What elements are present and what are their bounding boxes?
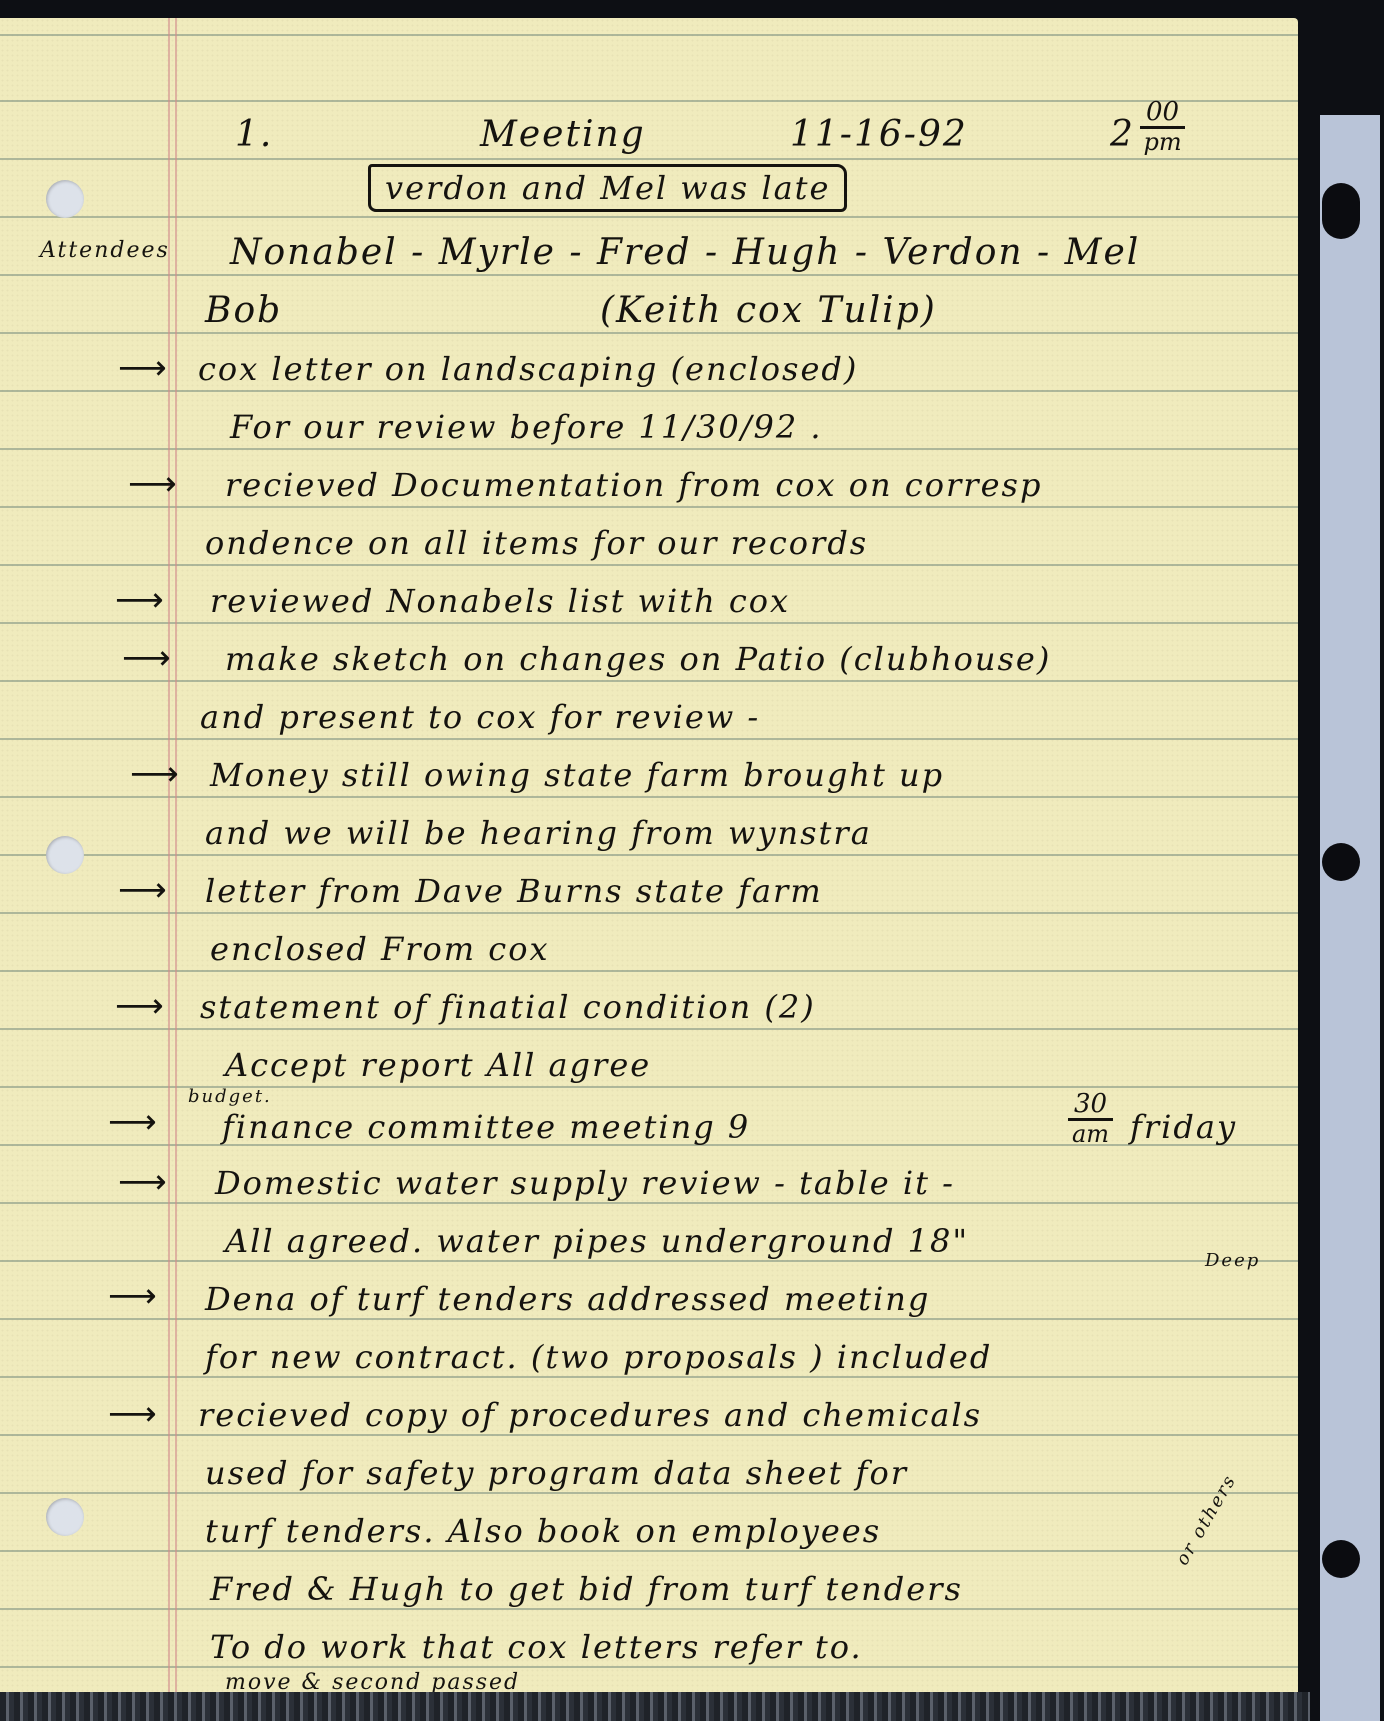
- rule-line: [0, 622, 1298, 624]
- rule-line: [0, 854, 1298, 856]
- meeting-date: 11-16-92: [790, 114, 968, 155]
- rule-line: [0, 564, 1298, 566]
- item-6-line-2: enclosed From cox: [210, 930, 550, 968]
- document-title: Meeting: [480, 114, 646, 155]
- rule-line: [0, 332, 1298, 334]
- rule-line: [0, 1492, 1298, 1494]
- rule-line: [0, 274, 1298, 276]
- rule-line: [0, 1666, 1298, 1668]
- item-2-line-2: ondence on all items for our records: [205, 524, 868, 562]
- rule-line: [0, 1376, 1298, 1378]
- bullet-arrow-icon: ⟶: [118, 870, 167, 910]
- binder-hole-middle: [46, 836, 84, 874]
- rule-line: [0, 1260, 1298, 1262]
- item-10-line-2: for new contract. (two proposals ) inclu…: [205, 1338, 992, 1376]
- margin-line: [168, 18, 170, 1692]
- rule-line: [0, 912, 1298, 914]
- rule-line: [0, 738, 1298, 740]
- item-10-line-1: Dena of turf tenders addressed meeting: [205, 1280, 930, 1318]
- item-11-line-1: recieved copy of procedures and chemical…: [198, 1396, 982, 1434]
- protector-hole-middle: [1322, 843, 1360, 881]
- item-9-insert: Deep: [1205, 1250, 1260, 1271]
- item-11-line-3: turf tenders. Also book on employees: [205, 1512, 881, 1550]
- item-4-line-1: make sketch on changes on Patio (clubhou…: [225, 640, 1051, 678]
- rule-line: [0, 1434, 1298, 1436]
- rule-line: [0, 1202, 1298, 1204]
- bullet-arrow-icon: ⟶: [130, 754, 179, 794]
- item-11-line-6: move & second passed: [225, 1670, 520, 1692]
- item-11-line-2: used for safety program data sheet for: [205, 1454, 908, 1492]
- item-8-day: friday: [1130, 1108, 1237, 1146]
- time-period: am: [1068, 1121, 1113, 1147]
- item-7-line-2: Accept report All agree: [225, 1046, 651, 1084]
- rule-line: [0, 970, 1298, 972]
- meeting-time-hour: 2: [1110, 114, 1135, 155]
- rule-line: [0, 100, 1298, 102]
- late-note-box: verdon and Mel was late: [368, 164, 847, 212]
- bullet-arrow-icon: ⟶: [108, 1394, 157, 1434]
- late-note: verdon and Mel was late: [385, 169, 830, 207]
- item-1-line-2: For our review before 11/30/92 .: [230, 408, 823, 446]
- item-4-line-2: and present to cox for review -: [200, 698, 760, 736]
- rule-line: [0, 796, 1298, 798]
- rule-line: [0, 1318, 1298, 1320]
- sheet-protector-bottom-edge: [0, 1692, 1310, 1721]
- item-5-line-2: and we will be hearing from wynstra: [205, 814, 872, 852]
- document-photo: 1. Meeting 11-16-92 2 00 pm verdon and M…: [0, 0, 1384, 1721]
- bullet-arrow-icon: ⟶: [108, 1276, 157, 1316]
- binder-hole-bottom: [46, 1498, 84, 1536]
- item-9-line-1: Domestic water supply review - table it …: [215, 1164, 955, 1202]
- binder-hole-top: [46, 180, 84, 218]
- time-minutes: 30: [1068, 1090, 1113, 1121]
- time-period: pm: [1140, 129, 1185, 155]
- rule-line: [0, 680, 1298, 682]
- rule-line: [0, 158, 1298, 160]
- rule-line: [0, 1608, 1298, 1610]
- sheet-protector-strip: [1310, 115, 1380, 1721]
- item-11-margin-note: or others: [1172, 1471, 1241, 1569]
- attendees-label: Attendees: [40, 238, 170, 263]
- rule-line: [0, 390, 1298, 392]
- item-3-line-1: reviewed Nonabels list with cox: [210, 582, 790, 620]
- bullet-arrow-icon: ⟶: [108, 1102, 157, 1142]
- bullet-arrow-icon: ⟶: [118, 1162, 167, 1202]
- rule-line: [0, 34, 1298, 36]
- item-8-line-1: finance committee meeting 9: [222, 1108, 750, 1146]
- margin-line: [175, 18, 177, 1692]
- item-2-line-1: recieved Documentation from cox on corre…: [225, 466, 1042, 504]
- rule-line: [0, 1028, 1298, 1030]
- item-11-line-5: To do work that cox letters refer to.: [210, 1628, 863, 1666]
- protector-hole-bottom: [1322, 1540, 1360, 1578]
- item-8-time-fraction: 30 am: [1068, 1090, 1113, 1147]
- bullet-arrow-icon: ⟶: [115, 580, 164, 620]
- attendees-list: Nonabel - Myrle - Fred - Hugh - Verdon -…: [230, 232, 1140, 273]
- protector-hole-top: [1322, 183, 1360, 239]
- meeting-time-fraction: 00 pm: [1140, 98, 1185, 155]
- bullet-arrow-icon: ⟶: [122, 638, 171, 678]
- rule-line: [0, 216, 1298, 218]
- rule-line: [0, 506, 1298, 508]
- item-11-line-4: Fred & Hugh to get bid from turf tenders: [210, 1570, 963, 1608]
- bullet-arrow-icon: ⟶: [128, 464, 177, 504]
- bullet-arrow-icon: ⟶: [115, 986, 164, 1026]
- bullet-arrow-icon: ⟶: [118, 348, 167, 388]
- page-number: 1.: [235, 114, 273, 155]
- item-8-insert: budget.: [188, 1086, 272, 1107]
- rule-line: [0, 1550, 1298, 1552]
- time-minutes: 00: [1140, 98, 1185, 129]
- item-1-line-1: cox letter on landscaping (enclosed): [198, 350, 858, 388]
- attendee-bob: Bob: [205, 290, 282, 331]
- guests: (Keith cox Tulip): [600, 290, 937, 331]
- item-9-line-2: All agreed. water pipes underground 18": [225, 1222, 969, 1260]
- rule-line: [0, 448, 1298, 450]
- item-7-line-1: statement of finatial condition (2): [200, 988, 816, 1026]
- item-5-line-1: Money still owing state farm brought up: [210, 756, 944, 794]
- legal-pad-page: 1. Meeting 11-16-92 2 00 pm verdon and M…: [0, 18, 1298, 1692]
- item-6-line-1: letter from Dave Burns state farm: [205, 872, 823, 910]
